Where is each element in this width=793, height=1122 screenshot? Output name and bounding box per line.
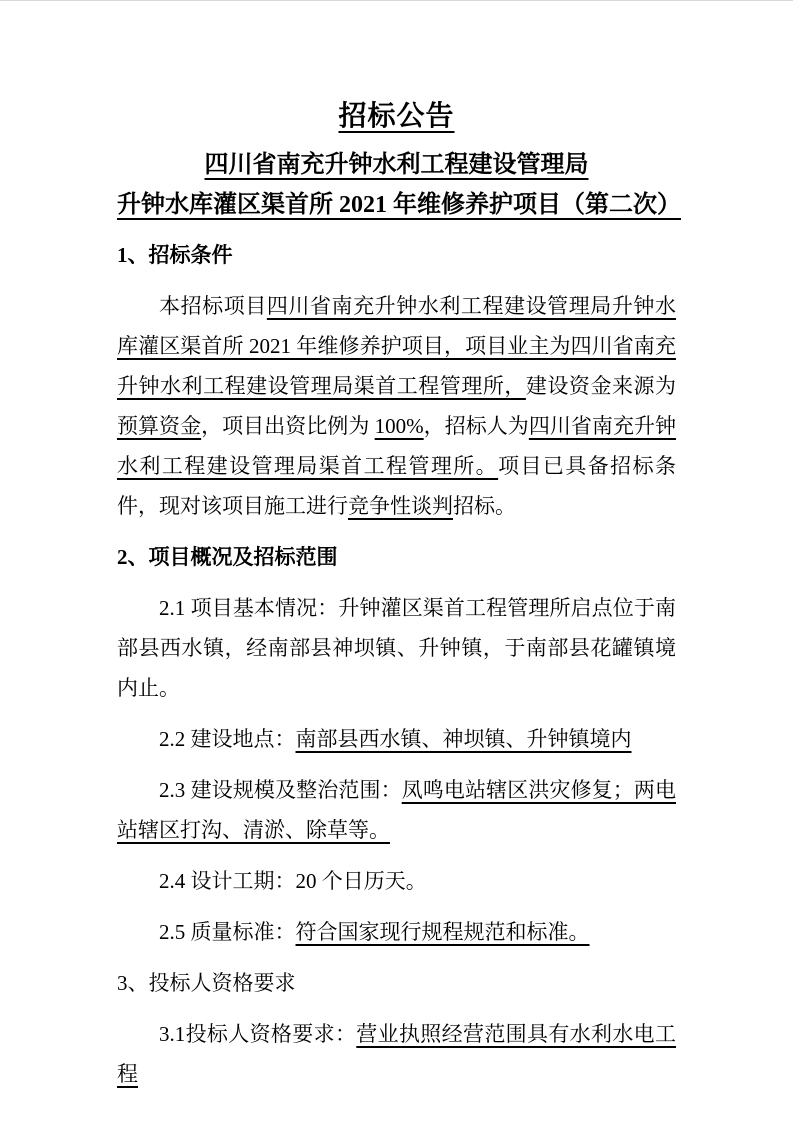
section-heading-bidder-qualifications: 3、投标人资格要求 (117, 963, 676, 1003)
underlined-text-run: 南部县西水镇、神坝镇、升钟镇境内 (296, 727, 632, 751)
document-subtitle-organization: 四川省南充升钟水利工程建设管理局 (117, 145, 676, 185)
underlined-text-run: 符合国家现行规程规范和标准。 (296, 920, 590, 944)
paragraph-2-2-location: 2.2 建设地点：南部县西水镇、神坝镇、升钟镇境内 (117, 719, 676, 759)
text-run: 2.1 项目基本情况：升钟灌区渠首工程管理所启点位于南部县西水镇，经南部县神坝镇… (117, 596, 676, 700)
paragraph-tender-conditions: 本招标项目四川省南充升钟水利工程建设管理局升钟水库灌区渠首所 2021 年维修养… (117, 286, 676, 526)
paragraph-2-4-duration: 2.4 设计工期：20 个日历天。 (117, 861, 676, 901)
text-run: 2.2 建设地点： (159, 727, 296, 751)
document-page: 招标公告 四川省南充升钟水利工程建设管理局 升钟水库灌区渠首所 2021 年维修… (0, 0, 793, 1122)
paragraph-2-3-scale-scope: 2.3 建设规模及整治范围：凤鸣电站辖区洪灾修复；两电站辖区打沟、清淤、除草等。 (117, 770, 676, 850)
document-subtitle-project: 升钟水库灌区渠首所 2021 年维修养护项目（第二次） (117, 185, 676, 225)
text-run: 本招标项目 (159, 294, 267, 318)
text-run: 2.3 建设规模及整治范围： (159, 778, 402, 802)
underlined-text-run: 100% (375, 414, 424, 438)
section-heading-tender-conditions: 1、招标条件 (117, 235, 676, 275)
paragraph-3-1-qualification-requirement: 3.1投标人资格要求：营业执照经营范围具有水利水电工程 (117, 1014, 676, 1094)
underlined-text-run: 竞争性谈判 (348, 494, 453, 518)
text-run: 3.1投标人资格要求： (159, 1022, 356, 1046)
text-run: 2.5 质量标准： (159, 920, 296, 944)
section-heading-project-overview: 2、项目概况及招标范围 (117, 537, 676, 577)
underlined-text-run: 预算资金 (117, 414, 201, 438)
text-run: ，项目出资比例为 (201, 414, 375, 438)
text-run: ，招标人为 (424, 414, 529, 438)
document-title: 招标公告 (117, 98, 676, 136)
text-run: 2.4 设计工期：20 个日历天。 (159, 869, 427, 893)
text-run: 建设资金来源为 (526, 374, 676, 398)
paragraph-2-5-quality-standard: 2.5 质量标准：符合国家现行规程规范和标准。 (117, 912, 676, 952)
paragraph-2-1-basic-info: 2.1 项目基本情况：升钟灌区渠首工程管理所启点位于南部县西水镇，经南部县神坝镇… (117, 588, 676, 708)
text-run: 招标。 (453, 494, 516, 518)
